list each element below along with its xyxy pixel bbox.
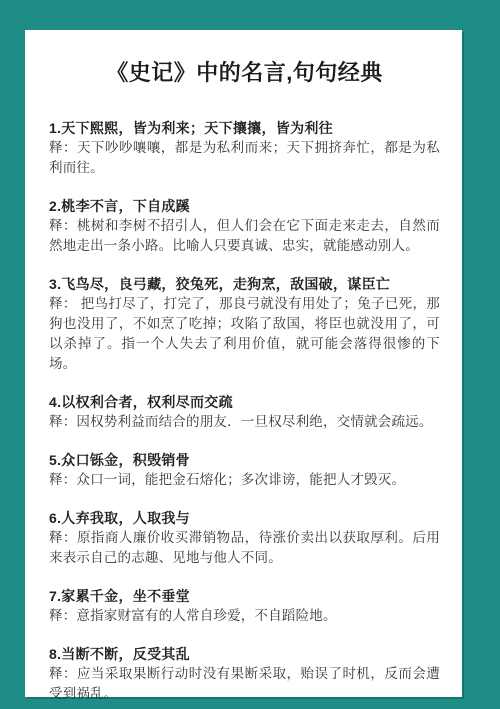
quote-heading: 3.飞鸟尽，良弓藏，狡兔死，走狗烹，敌国破，谋臣亡 (49, 274, 440, 294)
quote-explanation: 释： 把鸟打尽了，打完了，那良弓就没有用处了；兔子已死，那狗也没用了，不如烹了吃… (49, 294, 440, 374)
quote-explanation: 释：众口一词，能把金石熔化；多次诽谤，能把人才毁灭。 (49, 470, 440, 490)
quote-explanation: 释：桃树和李树不招引人，但人们会在它下面走来走去，自然而然地走出一条小路。比喻人… (49, 216, 440, 256)
quote-explanation: 释：意指家财富有的人常自珍爱，不自蹈险地。 (49, 606, 440, 626)
quote-item-8: 8.当断不断，反受其乱 释：应当采取果断行动时没有果断采取，贻误了时机，反而会遭… (49, 644, 440, 704)
quote-heading: 7.家累千金，坐不垂堂 (49, 586, 440, 606)
quote-item-2: 2.桃李不言，下自成蹊 释：桃树和李树不招引人，但人们会在它下面走来走去，自然而… (49, 196, 440, 256)
quote-item-5: 5.众口铄金，积毁销骨 释：众口一词，能把金石熔化；多次诽谤，能把人才毁灭。 (49, 450, 440, 490)
quote-explanation: 释：天下吵吵嚷嚷，都是为私利而来；天下拥挤奔忙，都是为私利而往。 (49, 138, 440, 178)
quote-explanation: 释：应当采取果断行动时没有果断采取，贻误了时机，反而会遭受到祸乱。 (49, 664, 440, 704)
quote-heading: 6.人弃我取，人取我与 (49, 508, 440, 528)
quote-heading: 4.以权利合者，权利尽而交疏 (49, 392, 440, 412)
quote-item-4: 4.以权利合者，权利尽而交疏 释：因权势利益而结合的朋友．一旦权尽利绝，交情就会… (49, 392, 440, 432)
page-title: 《史记》中的名言,句句经典 (49, 58, 440, 88)
quote-item-1: 1.天下熙熙，皆为利来；天下攘攘，皆为利往 释：天下吵吵嚷嚷，都是为私利而来；天… (49, 118, 440, 178)
quote-explanation: 释：原指商人廉价收买滞销物品，待涨价卖出以获取厚利。后用来表示自己的志趣、见地与… (49, 528, 440, 568)
quote-item-7: 7.家累千金，坐不垂堂 释：意指家财富有的人常自珍爱，不自蹈险地。 (49, 586, 440, 626)
quote-explanation: 释：因权势利益而结合的朋友．一旦权尽利绝，交情就会疏远。 (49, 412, 440, 432)
quote-item-6: 6.人弃我取，人取我与 释：原指商人廉价收买滞销物品，待涨价卖出以获取厚利。后用… (49, 508, 440, 568)
quote-heading: 5.众口铄金，积毁销骨 (49, 450, 440, 470)
quote-card: 《史记》中的名言,句句经典 1.天下熙熙，皆为利来；天下攘攘，皆为利往 释：天下… (25, 30, 462, 697)
quote-heading: 8.当断不断，反受其乱 (49, 644, 440, 664)
quote-heading: 1.天下熙熙，皆为利来；天下攘攘，皆为利往 (49, 118, 440, 138)
quote-item-3: 3.飞鸟尽，良弓藏，狡兔死，走狗烹，敌国破，谋臣亡 释： 把鸟打尽了，打完了，那… (49, 274, 440, 374)
quote-heading: 2.桃李不言，下自成蹊 (49, 196, 440, 216)
